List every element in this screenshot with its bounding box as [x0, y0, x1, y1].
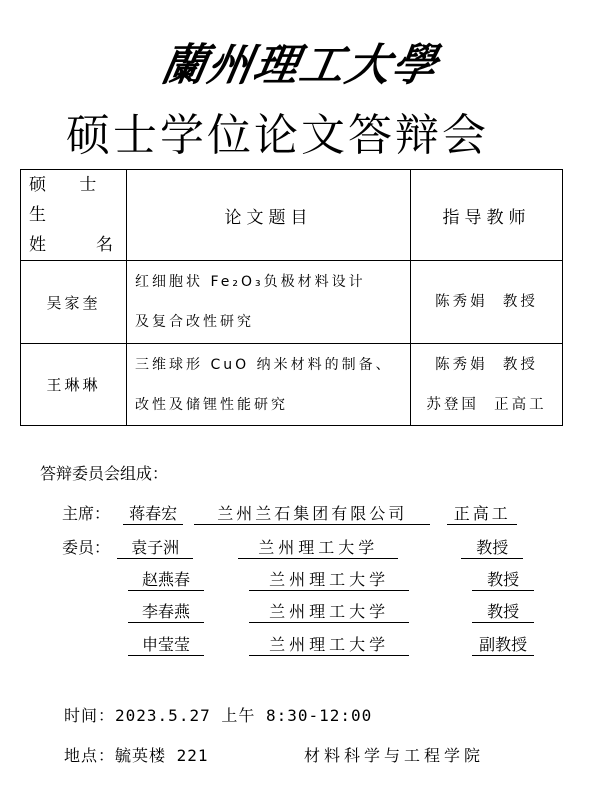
- university-logo: 蘭州理工大學: [157, 38, 417, 94]
- header-advisor: 指导教师: [411, 170, 563, 261]
- member-name: 李春燕: [128, 602, 204, 623]
- member-org: 兰州理工大学: [249, 570, 409, 591]
- place-value: 毓英楼 221: [115, 746, 209, 765]
- table-row: 吴家奎 红细胞状 Fe₂O₃负极材料设计 及复合改性研究 陈秀娟 教授: [21, 261, 563, 344]
- chair-name: 蒋春宏: [123, 504, 183, 525]
- member-org: 兰州理工大学: [238, 538, 398, 559]
- committee-heading: 答辩委员会组成：: [40, 461, 168, 484]
- place-label: 地点：: [64, 746, 115, 765]
- page-title: 硕士学位论文答辩会: [66, 108, 489, 164]
- member-label: 委员：: [62, 538, 110, 557]
- time-label: 时间：: [64, 706, 115, 725]
- member-name: 袁子洲: [117, 538, 193, 559]
- advisor: 陈秀娟 教授 苏登国 正高工: [411, 344, 563, 426]
- thesis-topic: 红细胞状 Fe₂O₃负极材料设计 及复合改性研究: [127, 261, 411, 344]
- advisor: 陈秀娟 教授: [411, 261, 563, 344]
- school-name: 材料科学与工程学院: [304, 743, 484, 766]
- member-title: 教授: [472, 602, 534, 623]
- thesis-topic: 三维球形 CuO 纳米材料的制备、 改性及储锂性能研究: [127, 344, 411, 426]
- chair-label: 主席：: [62, 504, 110, 523]
- header-topic: 论文题目: [127, 170, 411, 261]
- defense-place: 地点：毓英楼 221: [64, 743, 209, 766]
- header-student-name: 硕 士 生 姓名: [21, 170, 127, 261]
- time-value: 2023.5.27 上午 8:30-12:00: [115, 706, 372, 725]
- chair-org: 兰州兰石集团有限公司: [194, 504, 430, 525]
- member-title: 教授: [461, 538, 523, 559]
- member-org: 兰州理工大学: [249, 635, 409, 656]
- defense-schedule-table: 硕 士 生 姓名 论文题目 指导教师 吴家奎 红细胞状 Fe₂O₃负极材料设计 …: [20, 169, 563, 426]
- student-name: 吴家奎: [21, 261, 127, 344]
- committee-chair-row: 主席： 蒋春宏 兰州兰石集团有限公司 正高工: [62, 503, 517, 525]
- member-org: 兰州理工大学: [249, 602, 409, 623]
- table-header-row: 硕 士 生 姓名 论文题目 指导教师: [21, 170, 563, 261]
- defense-time: 时间：2023.5.27 上午 8:30-12:00: [64, 703, 372, 726]
- committee-member-row: 李春燕 兰州理工大学 教授: [128, 601, 534, 623]
- member-title: 教授: [472, 570, 534, 591]
- table-row: 王琳琳 三维球形 CuO 纳米材料的制备、 改性及储锂性能研究 陈秀娟 教授 苏…: [21, 344, 563, 426]
- committee-member-row: 申莹莹 兰州理工大学 副教授: [128, 634, 534, 656]
- chair-title: 正高工: [447, 504, 517, 525]
- member-title: 副教授: [472, 635, 534, 656]
- committee-member-row: 委员： 袁子洲 兰州理工大学 教授: [62, 537, 523, 559]
- member-name: 赵燕春: [128, 570, 204, 591]
- member-name: 申莹莹: [128, 635, 204, 656]
- committee-member-row: 赵燕春 兰州理工大学 教授: [128, 569, 534, 591]
- student-name: 王琳琳: [21, 344, 127, 426]
